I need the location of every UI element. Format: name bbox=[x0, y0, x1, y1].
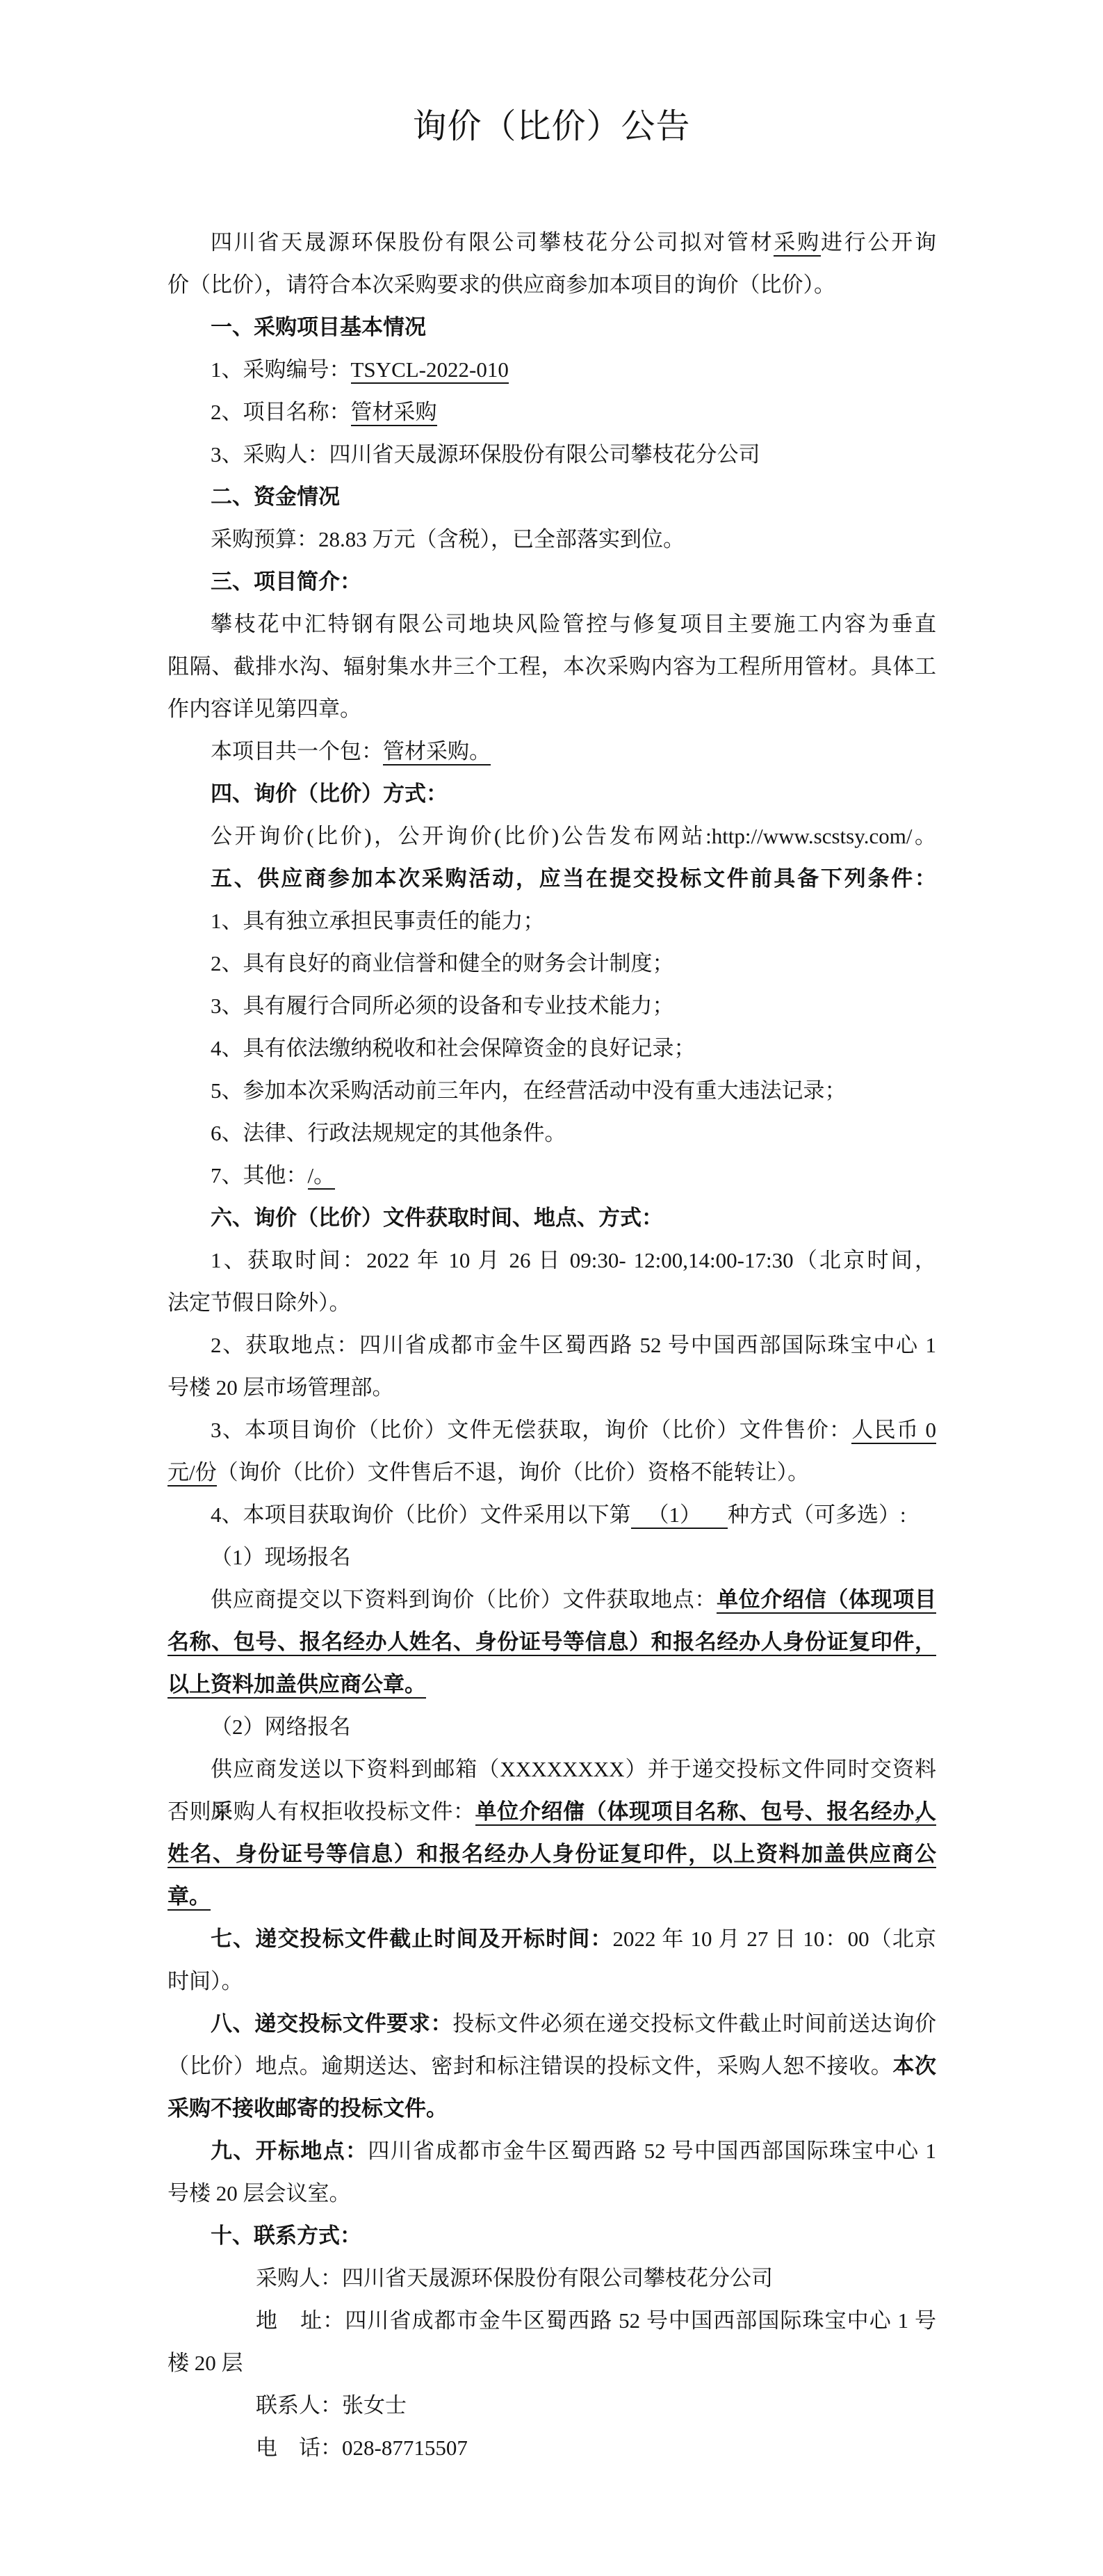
text-segment: 1、获取时间：2022 年 10 月 26 日 09:30- 12:00,14:… bbox=[211, 1248, 936, 1272]
document-line: 1、采购编号：TSYCL-2022-010 bbox=[168, 348, 936, 391]
text-segment: 采购预算：28.83 万元（含税），已全部落实到位。 bbox=[211, 527, 685, 551]
document-body: 四川省天晟源环保股份有限公司攀枝花分公司拟对管材采购进行公开询价（比价），请符合… bbox=[168, 221, 936, 2469]
document-line: 号楼 20 层会议室。 bbox=[168, 2172, 936, 2214]
document-line: 名称、包号、报名经办人姓名、身份证号等信息）和报名经办人身份证复印件， bbox=[168, 1621, 936, 1663]
document-line: 九、开标地点：四川省成都市金牛区蜀西路 52 号中国西部国际珠宝中心 1 bbox=[168, 2130, 936, 2172]
document-line: 四川省天晟源环保股份有限公司攀枝花分公司拟对管材采购进行公开询 bbox=[168, 221, 936, 264]
text-segment: 投标文件必须在递交投标文件截止时间前送达询价 bbox=[452, 2011, 936, 2036]
text-segment: 联系人：张女士 bbox=[256, 2393, 407, 2417]
text-segment: 四川省天晟源环保股份有限公司攀枝花分公司拟对管材 bbox=[211, 230, 774, 254]
text-segment: 2、获取地点：四川省成都市金牛区蜀西路 52 号中国西部国际珠宝中心 1 bbox=[211, 1333, 936, 1357]
text-segment: 地 址：四川省成都市金牛区蜀西路 52 号中国西部国际珠宝中心 1 号 bbox=[256, 2308, 936, 2333]
document-line: 以上资料加盖供应商公章。 bbox=[168, 1663, 936, 1706]
text-segment: 法定节假日除外）。 bbox=[168, 1290, 351, 1315]
document-line: 阻隔、截排水沟、辐射集水井三个工程，本次采购内容为工程所用管材。具体工 bbox=[168, 645, 936, 688]
document-line: 4、本项目获取询价（比价）文件采用以下第（1）种方式（可多选）: bbox=[168, 1493, 936, 1536]
text-segment: （比价）地点。逾期送达、密封和标注错误的投标文件，采购人恕不接收。 bbox=[168, 2054, 892, 2078]
text-segment: 人民币 0 bbox=[851, 1418, 936, 1444]
text-segment: 公开询价(比价)，公开询价(比价)公告发布网站:http://www.scsts… bbox=[211, 824, 936, 848]
document-line: 4、具有依法缴纳税收和社会保障资金的良好记录； bbox=[168, 1027, 936, 1069]
text-segment: 4、具有依法缴纳税收和社会保障资金的良好记录； bbox=[211, 1036, 696, 1060]
document-title: 询价（比价）公告 bbox=[0, 102, 1103, 151]
text-segment: 3、具有履行合同所必须的设备和专业技术能力； bbox=[211, 994, 674, 1018]
document-line: 价（比价），请符合本次采购要求的供应商参加本项目的询价（比价）。 bbox=[168, 264, 936, 306]
document-line: 1、具有独立承担民事责任的能力； bbox=[168, 900, 936, 942]
text-segment: 四、询价（比价）方式： bbox=[211, 781, 448, 806]
text-segment: TSYCL-2022-010 bbox=[351, 357, 509, 384]
text-segment: 号楼 20 层市场管理部。 bbox=[168, 1375, 394, 1400]
text-segment: 管材采购 bbox=[351, 400, 437, 426]
text-segment: 1、采购编号： bbox=[211, 357, 351, 382]
document-line: 时间）。 bbox=[168, 1960, 936, 2002]
document-line: 八、递交投标文件要求：投标文件必须在递交投标文件截止时间前送达询价 bbox=[168, 2002, 936, 2045]
text-segment: 时间）。 bbox=[168, 1969, 243, 1993]
text-segment: 采购 bbox=[774, 230, 821, 257]
text-segment: 否则采购人有权拒收投标文件： bbox=[168, 1799, 475, 1824]
text-segment: /。 bbox=[308, 1163, 336, 1190]
text-segment: 2022 年 10 月 27 日 10：00（北京 bbox=[613, 1927, 936, 1951]
text-segment: 5、参加本次采购活动前三年内，在经营活动中没有重大违法记录； bbox=[211, 1078, 847, 1103]
document-line: 3、具有履行合同所必须的设备和专业技术能力； bbox=[168, 985, 936, 1027]
text-segment: 章。 bbox=[168, 1884, 211, 1911]
document-line: 号楼 20 层市场管理部。 bbox=[168, 1366, 936, 1409]
text-segment: 以上资料加盖供应商公章。 bbox=[168, 1672, 426, 1699]
document-line: 姓名、身份证号等信息）和报名经办人身份证复印件，以上资料加盖供应商公 bbox=[168, 1833, 936, 1875]
document-line: 7、其他：/。 bbox=[168, 1154, 936, 1197]
document-line: 6、法律、行政法规规定的其他条件。 bbox=[168, 1112, 936, 1154]
text-segment: 姓名、身份证号等信息）和报名经办人身份证复印件，以上资料加盖供应商公 bbox=[168, 1842, 936, 1868]
document-line: 七、递交投标文件截止时间及开标时间：2022 年 10 月 27 日 10：00… bbox=[168, 1918, 936, 1960]
text-segment: （1）现场报名 bbox=[211, 1545, 351, 1569]
text-segment: （1） bbox=[631, 1502, 728, 1529]
text-segment: 三、项目简介： bbox=[211, 569, 361, 594]
text-segment: 楼 20 层 bbox=[168, 2351, 243, 2375]
document-line: 电 话：028-87715507 bbox=[168, 2427, 936, 2469]
text-segment: 单位介绍信（体现项目 bbox=[717, 1587, 936, 1614]
document-line: 法定节假日除外）。 bbox=[168, 1281, 936, 1324]
document-line: 否则采购人有权拒收投标文件：单位介绍信（体现项目名称、包号、报名经办人 bbox=[168, 1790, 936, 1833]
text-segment: 八、递交投标文件要求： bbox=[211, 2011, 452, 2036]
text-segment: 四川省成都市金牛区蜀西路 52 号中国西部国际珠宝中心 1 bbox=[368, 2139, 936, 2163]
document-line: 二、资金情况 bbox=[168, 476, 936, 518]
text-segment: 2、项目名称： bbox=[211, 400, 351, 424]
text-segment: 2、具有良好的商业信誉和健全的财务会计制度； bbox=[211, 951, 674, 975]
text-segment: 价（比价），请符合本次采购要求的供应商参加本项目的询价（比价）。 bbox=[168, 273, 835, 297]
text-segment: 电 话：028-87715507 bbox=[256, 2436, 468, 2460]
document-page: 询价（比价）公告 四川省天晟源环保股份有限公司攀枝花分公司拟对管材采购进行公开询… bbox=[0, 0, 1103, 2576]
text-segment: 种方式（可多选）: bbox=[728, 1502, 906, 1527]
document-line: （比价）地点。逾期送达、密封和标注错误的投标文件，采购人恕不接收。本次 bbox=[168, 2045, 936, 2087]
document-line: 供应商提交以下资料到询价（比价）文件获取地点：单位介绍信（体现项目 bbox=[168, 1578, 936, 1621]
text-segment: 本项目共一个包： bbox=[211, 739, 383, 763]
text-segment: 6、法律、行政法规规定的其他条件。 bbox=[211, 1121, 566, 1145]
text-segment: 攀枝花中汇特钢有限公司地块风险管控与修复项目主要施工内容为垂直 bbox=[211, 612, 936, 636]
document-line: 供应商发送以下资料到邮箱（XXXXXXXX）并于递交投标文件同时交资料原件， bbox=[168, 1748, 936, 1790]
text-segment: 采购不接收邮寄的投标文件。 bbox=[168, 2096, 448, 2121]
text-segment: 1、具有独立承担民事责任的能力； bbox=[211, 909, 545, 933]
text-segment: 管材采购。 bbox=[383, 739, 491, 765]
text-segment: 本次 bbox=[892, 2054, 936, 2078]
document-line: 5、参加本次采购活动前三年内，在经营活动中没有重大违法记录； bbox=[168, 1069, 936, 1112]
text-segment: （询价（比价）文件售后不退，询价（比价）资格不能转让）。 bbox=[217, 1460, 810, 1484]
document-line: 地 址：四川省成都市金牛区蜀西路 52 号中国西部国际珠宝中心 1 号 bbox=[168, 2299, 936, 2342]
document-line: 公开询价(比价)，公开询价(比价)公告发布网站:http://www.scsts… bbox=[168, 815, 936, 857]
document-line: 2、获取地点：四川省成都市金牛区蜀西路 52 号中国西部国际珠宝中心 1 bbox=[168, 1324, 936, 1366]
document-line: 采购预算：28.83 万元（含税），已全部落实到位。 bbox=[168, 518, 936, 560]
text-segment: 进行公开询 bbox=[821, 230, 936, 254]
text-segment: 供应商提交以下资料到询价（比价）文件获取地点： bbox=[211, 1587, 717, 1612]
document-line: 章。 bbox=[168, 1875, 936, 1918]
document-line: 一、采购项目基本情况 bbox=[168, 306, 936, 348]
document-line: 采购人：四川省天晟源环保股份有限公司攀枝花分公司 bbox=[168, 2257, 936, 2299]
document-line: 元/份（询价（比价）文件售后不退，询价（比价）资格不能转让）。 bbox=[168, 1451, 936, 1493]
text-segment: 五、供应商参加本次采购活动，应当在提交投标文件前具备下列条件： bbox=[211, 866, 936, 891]
text-segment: 3、本项目询价（比价）文件无偿获取，询价（比价）文件售价： bbox=[211, 1418, 851, 1442]
text-segment: 七、递交投标文件截止时间及开标时间： bbox=[211, 1927, 613, 1951]
text-segment: 作内容详见第四章。 bbox=[168, 697, 361, 721]
document-line: 攀枝花中汇特钢有限公司地块风险管控与修复项目主要施工内容为垂直 bbox=[168, 603, 936, 645]
document-line: 2、具有良好的商业信誉和健全的财务会计制度； bbox=[168, 942, 936, 985]
text-segment: 号楼 20 层会议室。 bbox=[168, 2181, 351, 2205]
text-segment: 十、联系方式： bbox=[211, 2223, 361, 2248]
text-segment: 九、开标地点： bbox=[211, 2139, 368, 2163]
text-segment: 7、其他： bbox=[211, 1163, 308, 1188]
document-line: 十、联系方式： bbox=[168, 2214, 936, 2257]
document-line: 3、采购人：四川省天晟源环保股份有限公司攀枝花分公司 bbox=[168, 433, 936, 476]
text-segment: 采购人：四川省天晟源环保股份有限公司攀枝花分公司 bbox=[256, 2266, 773, 2290]
document-line: 1、获取时间：2022 年 10 月 26 日 09:30- 12:00,14:… bbox=[168, 1239, 936, 1281]
text-segment: 一、采购项目基本情况 bbox=[211, 315, 426, 339]
document-line: 作内容详见第四章。 bbox=[168, 688, 936, 730]
text-segment: 3、采购人：四川省天晟源环保股份有限公司攀枝花分公司 bbox=[211, 442, 760, 467]
text-segment: 六、询价（比价）文件获取时间、地点、方式： bbox=[211, 1206, 663, 1230]
text-segment: 单位介绍信（体现项目名称、包号、报名经办人 bbox=[475, 1799, 936, 1826]
document-line: 本项目共一个包：管材采购。 bbox=[168, 730, 936, 772]
document-line: 3、本项目询价（比价）文件无偿获取，询价（比价）文件售价：人民币 0 bbox=[168, 1409, 936, 1451]
text-segment: 4、本项目获取询价（比价）文件采用以下第 bbox=[211, 1502, 631, 1527]
text-segment: 元/份 bbox=[168, 1460, 217, 1487]
document-line: 采购不接收邮寄的投标文件。 bbox=[168, 2087, 936, 2130]
text-segment: 阻隔、截排水沟、辐射集水井三个工程，本次采购内容为工程所用管材。具体工 bbox=[168, 654, 936, 679]
document-line: 联系人：张女士 bbox=[168, 2384, 936, 2427]
text-segment: 名称、包号、报名经办人姓名、身份证号等信息）和报名经办人身份证复印件， bbox=[168, 1630, 936, 1656]
document-line: 六、询价（比价）文件获取时间、地点、方式： bbox=[168, 1197, 936, 1239]
document-line: （1）现场报名 bbox=[168, 1536, 936, 1578]
text-segment: 二、资金情况 bbox=[211, 485, 340, 509]
document-line: 四、询价（比价）方式： bbox=[168, 772, 936, 815]
document-line: 三、项目简介： bbox=[168, 560, 936, 603]
document-line: （2）网络报名 bbox=[168, 1706, 936, 1748]
document-line: 楼 20 层 bbox=[168, 2342, 936, 2384]
document-line: 2、项目名称：管材采购 bbox=[168, 391, 936, 433]
text-segment: （2）网络报名 bbox=[211, 1715, 351, 1739]
document-line: 五、供应商参加本次采购活动，应当在提交投标文件前具备下列条件： bbox=[168, 857, 936, 900]
